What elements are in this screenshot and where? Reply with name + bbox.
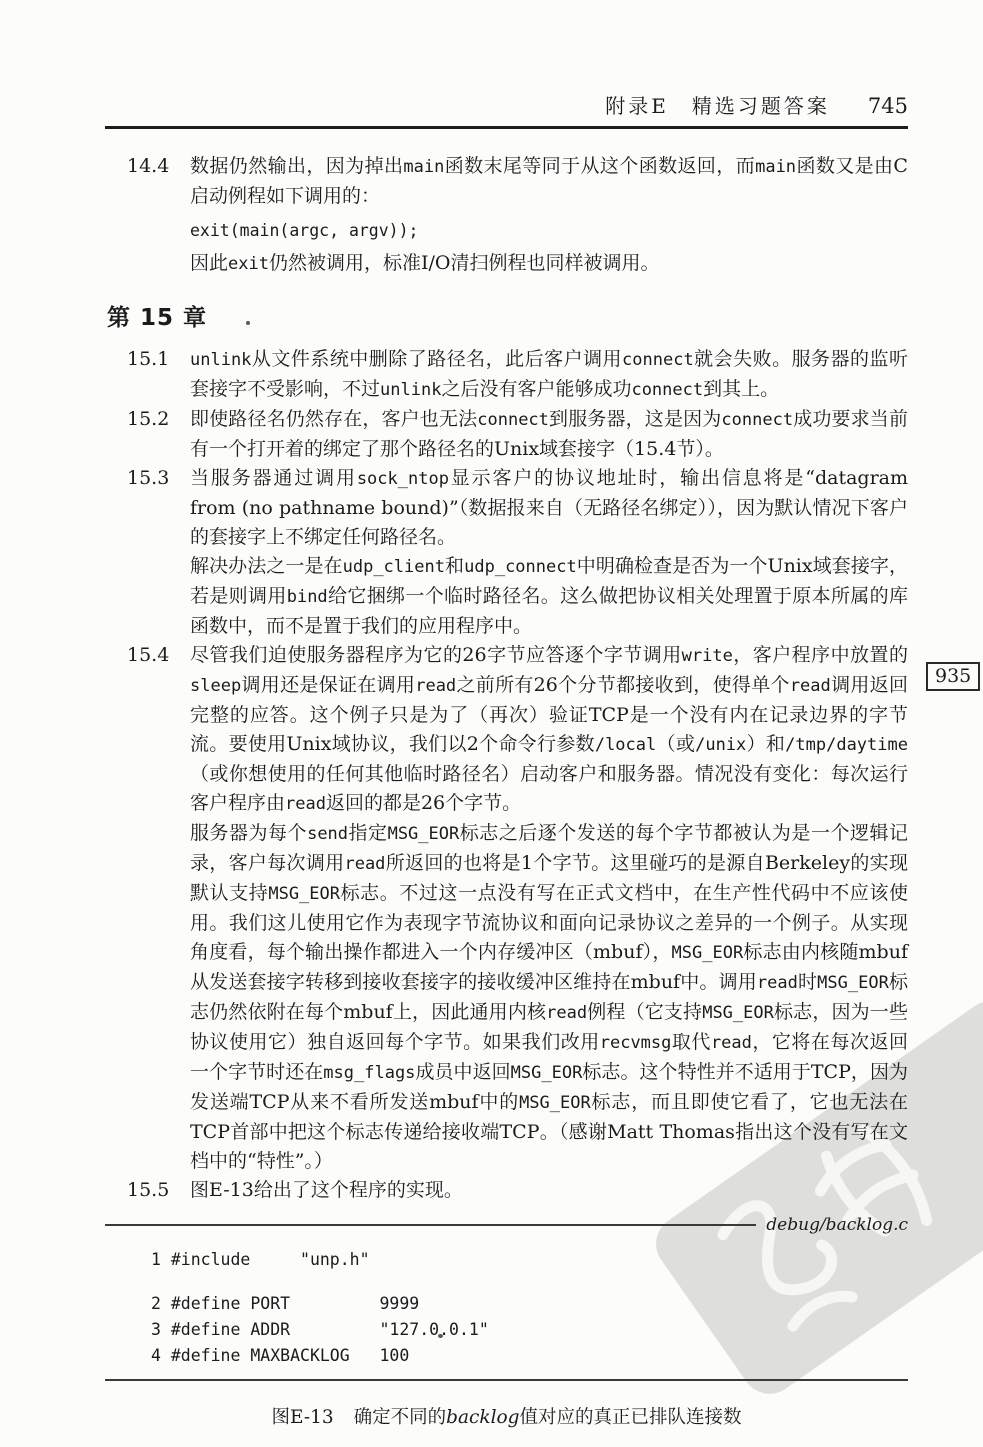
item-number: 15.4 [105,641,190,670]
answer-item-15-5: 15.5 图E-13给出了这个程序的实现。 [105,1176,908,1205]
answer-paragraph: 尽管我们迫使服务器程序为它的26字节应答逐个字节调用write，客户程序中放置的… [190,641,908,819]
item-number: 15.2 [105,405,190,434]
answer-item-14-4: 14.4 数据仍然输出，因为掉出main函数末尾等同于从这个函数返回，而main… [105,152,908,279]
listing-rule-top [105,1224,756,1226]
answer-item-15-4: 15.4 尽管我们迫使服务器程序为它的26字节应答逐个字节调用write，客户程… [105,641,908,1176]
answer-paragraph: 图E-13给出了这个程序的实现。 [190,1176,908,1205]
margin-page-ref: 935 [926,662,980,691]
listing-header: debug/backlog.c [105,1215,908,1235]
listing-rule-bottom [105,1379,908,1381]
figure-caption-text: 确定不同的backlog值对应的真正已排队连接数 [354,1407,742,1428]
item-number: 14.4 [105,152,190,181]
code-line: 1 #include "unp.h" [151,1247,908,1273]
listing-code: 1 #include "unp.h" 2 #define PORT 9999 3… [151,1247,908,1369]
answer-paragraph: 数据仍然输出，因为掉出main函数末尾等同于从这个函数返回，而main函数又是由… [190,152,908,211]
answer-paragraph: 即使路径名仍然存在，客户也无法connect到服务器，这是因为connect成功… [190,405,908,464]
header-page-number: 745 [868,94,908,118]
answer-paragraph: 解决办法之一是在udp_client和udp_connect中明确检查是否为一个… [190,552,908,641]
page-content: 附录E 精选习题答案 745 14.4 数据仍然输出，因为掉出main函数末尾等… [105,0,908,1429]
figure-caption-label: 图E-13 [271,1407,333,1428]
code-line: 2 #define PORT 9999 [151,1291,908,1317]
answer-paragraph: 服务器为每个send指定MSG_EOR标志之后逐个发送的每个字节都被认为是一个逻… [190,819,908,1176]
scan-speck [438,1334,443,1338]
running-header: 附录E 精选习题答案 745 [105,90,908,129]
chapter-heading: 第 15 章 [107,299,908,332]
code-listing-figure: debug/backlog.c 1 #include "unp.h" 2 #de… [105,1215,908,1429]
answer-paragraph: 因此exit仍然被调用，标准I/O清扫例程也同样被调用。 [190,249,908,279]
answer-item-15-1: 15.1 unlink从文件系统中删除了路径名，此后客户调用connect就会失… [105,345,908,405]
scanned-book-page: { "header": { "title": "附录E 精选习题答案", "pa… [0,0,983,1447]
header-chapter-title: 附录E 精选习题答案 [605,90,830,119]
answer-item-15-2: 15.2 即使路径名仍然存在，客户也无法connect到服务器，这是因为conn… [105,405,908,464]
scan-speck [246,321,250,325]
answer-paragraph: 当服务器通过调用sock_ntop显示客户的协议地址时，输出信息将是“datag… [190,464,908,552]
item-number: 15.5 [105,1176,190,1205]
listing-filename: debug/backlog.c [766,1215,908,1235]
inline-code-snippet: exit(main(argc, argv)); [190,220,908,242]
figure-caption: 图E-13确定不同的backlog值对应的真正已排队连接数 [105,1403,908,1429]
code-line: 4 #define MAXBACKLOG 100 [151,1343,908,1369]
answer-paragraph: unlink从文件系统中删除了路径名，此后客户调用connect就会失败。服务器… [190,345,908,405]
code-line: 3 #define ADDR "127.0.0.1" [151,1317,908,1343]
item-number: 15.3 [105,464,190,493]
item-number: 15.1 [105,345,190,374]
answer-item-15-3: 15.3 当服务器通过调用sock_ntop显示客户的协议地址时，输出信息将是“… [105,464,908,641]
